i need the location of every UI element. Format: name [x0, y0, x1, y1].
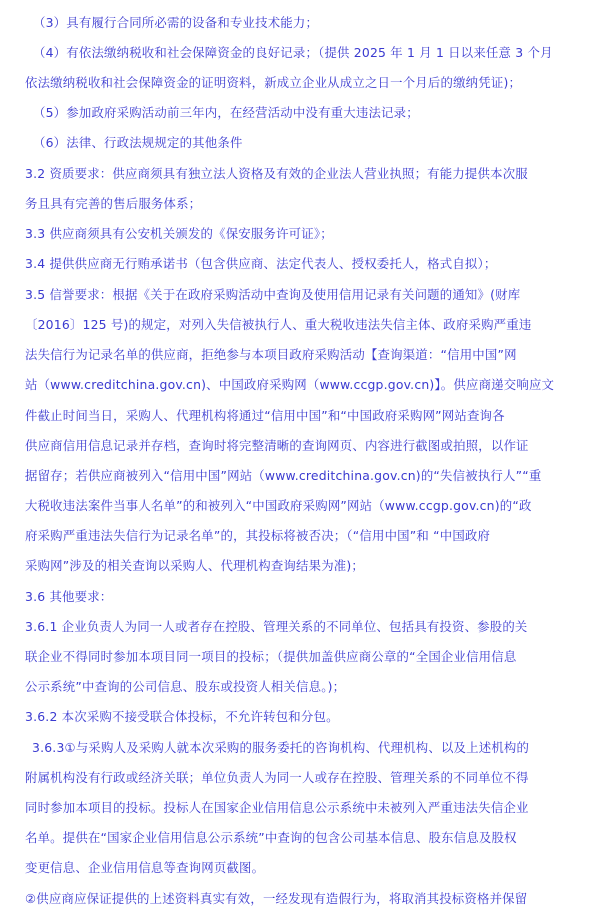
section-3-6-1: 3.6.1 企业负责人为同一人或者存在控股、管理关系的不同单位、包括具有投资、参… — [25, 619, 528, 635]
section-3-5-line-6: 供应商信用信息记录并存档，查询时将完整清晰的查询网页、内容进行截图或拍照，以作证 — [25, 438, 529, 454]
section-3-5-line-4: 站（www.creditchina.gov.cn)、中国政府采购网（www.cc… — [25, 377, 554, 393]
section-3-5-credit: 3.5 信誉要求：根据《关于在政府采购活动中查询及使用信用记录有关问题的通知》(… — [25, 287, 520, 303]
section-3-6-3: 3.6.3①与采购人及采购人就本次采购的服务委托的咨询机构、代理机构、以及上述机… — [32, 740, 529, 756]
section-3-6-3-line-3: 同时参加本项目的投标。投标人在国家企业信用信息公示系统中未被列入严重违法失信企业 — [25, 800, 529, 816]
section-3-6-3-line-5: 变更信息、企业信用信息等查询网页截图。 — [25, 860, 264, 876]
section-3-6-3-item-2: ②供应商应保证提供的上述资料真实有效，一经发现有造假行为，将取消其投标资格并保留 — [25, 891, 527, 907]
section-3-6-other: 3.6 其他要求： — [25, 589, 112, 605]
section-3-5-line-10: 采购网”涉及的相关查询以采购人、代理机构查询结果为准)； — [25, 558, 364, 574]
section-3-5-line-2: 〔2016〕125 号)的规定，对列入失信被执行人、重大税收违法失信主体、政府采… — [25, 317, 531, 333]
section-3-4-no-bribery: 3.4 提供供应商无行贿承诺书（包含供应商、法定代表人、授权委托人，格式自拟）； — [25, 256, 497, 272]
requirement-6-other-conditions: （6）法律、行政法规规定的其他条件 — [33, 135, 243, 151]
section-3-2-continued: 务且具有完善的售后服务体系； — [25, 196, 201, 212]
section-3-6-2: 3.6.2 本次采购不接受联合体投标，不允许转包和分包。 — [25, 709, 339, 725]
section-3-6-1-line-2: 联企业不得同时参加本项目同一项目的投标；（提供加盖供应商公章的“全国企业信用信息 — [25, 649, 516, 665]
section-3-5-line-9: 府采购严重违法失信行为记录名单”的，其投标将被否决；（“信用中国”和 “中国政府 — [25, 528, 490, 544]
section-3-5-line-8: 大税收违法案件当事人名单”的和被列入“中国政府采购网”网站（www.ccgp.g… — [25, 498, 532, 514]
requirement-4-tax-record: （4）有依法缴纳税收和社会保障资金的良好记录；（提供 2025 年 1 月 1 … — [33, 45, 553, 61]
requirement-4-continued: 依法缴纳税收和社会保障资金的证明资料，新成立企业从成立之日一个月后的缴纳凭证)； — [25, 75, 521, 91]
section-3-5-line-5: 件截止时间当日，采购人、代理机构将通过“信用中国”和“中国政府采购网”网站查询各 — [25, 408, 505, 424]
section-3-2-qualification: 3.2 资质要求：供应商须具有独立法人资格及有效的企业法人营业执照；有能力提供本… — [25, 166, 528, 182]
section-3-5-line-3: 法失信行为记录名单的供应商，拒绝参与本项目政府采购活动【查询渠道：“信用中国”网 — [25, 347, 517, 363]
section-3-5-line-7: 据留存；若供应商被列入“信用中国”网站（www.creditchina.gov.… — [25, 468, 541, 484]
section-3-6-3-line-4: 名单。提供在“国家企业信用信息公示系统”中查询的包含公司基本信息、股东信息及股权 — [25, 830, 517, 846]
section-3-6-1-line-3: 公示系统”中查询的公司信息、股东或投资人相关信息。)； — [25, 679, 345, 695]
section-3-3-license: 3.3 供应商须具有公安机关颁发的《保安服务许可证》； — [25, 226, 333, 242]
requirement-5-no-violation: （5）参加政府采购活动前三年内，在经营活动中没有重大违法记录； — [33, 105, 419, 121]
section-3-6-3-line-2: 附属机构没有行政或经济关联；单位负责人为同一人或存在控股、管理关系的不同单位不得 — [25, 770, 529, 786]
requirement-3-equipment: （3）具有履行合同所必需的设备和专业技术能力； — [33, 15, 318, 31]
